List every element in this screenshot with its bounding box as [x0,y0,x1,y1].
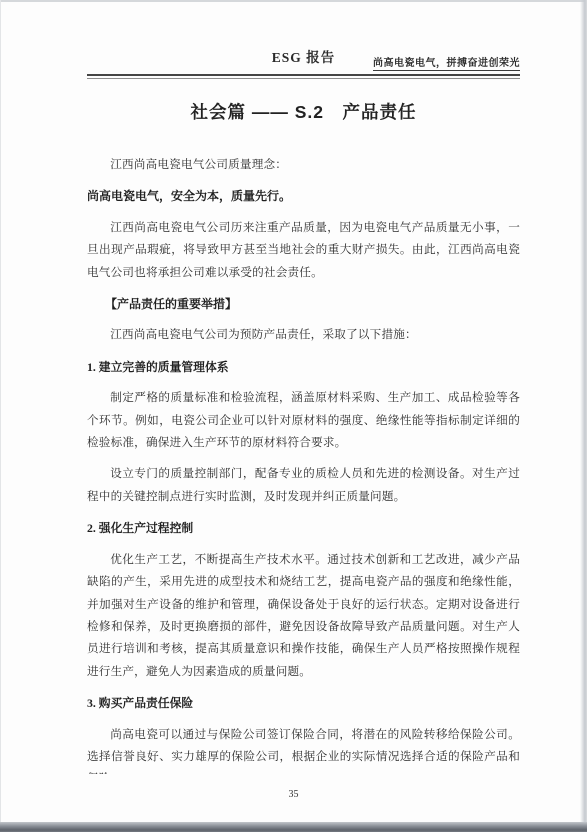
company-tagline: 尚高电瓷电气，拼搏奋进创荣光 [373,54,520,71]
paragraph: 江西尚高电瓷电气公司质量理念： [87,154,520,176]
bracket-heading: 【产品责任的重要举措】 [87,293,520,315]
numbered-heading: 2. 强化生产过程控制 [87,517,520,539]
quality-motto: 尚高电瓷电气，安全为本，质量先行。 [87,185,520,207]
numbered-heading: 1. 建立完善的质量管理体系 [87,356,520,378]
header-rule [87,74,520,79]
paragraph: 江西尚高电瓷电气公司为预防产品责任，采取了以下措施： [87,324,520,346]
paragraph: 尚高电瓷可以通过与保险公司签订保险合同，将潜在的风险转移给保险公司。选择信誉良好… [87,724,520,774]
paragraph: 优化生产工艺，不断提高生产技术水平。通过技术创新和工艺改进，减少产品缺陷的产生，… [87,549,520,683]
page-content: ESG 报告 尚高电瓷电气，拼搏奋进创荣光 社会篇 —— S.2 产品责任 江西… [87,46,520,774]
body-text: 江西尚高电瓷电气公司质量理念： 尚高电瓷电气，安全为本，质量先行。 江西尚高电瓷… [87,154,520,774]
numbered-heading: 3. 购买产品责任保险 [87,692,520,714]
page-number: 35 [0,789,587,800]
paragraph: 制定严格的质量标准和检验流程，涵盖原材料采购、生产加工、成品检验等各个环节。例如… [87,387,520,454]
scan-edge-right [580,0,587,832]
scan-edge-left [0,0,1,832]
scan-edge-bottom [0,822,587,832]
scan-edge-top [0,0,587,2]
page-header: ESG 报告 尚高电瓷电气，拼搏奋进创荣光 [87,46,520,72]
paragraph: 设立专门的质量控制部门，配备专业的质检人员和先进的检测设备。对生产过程中的关键控… [87,463,520,508]
paragraph: 江西尚高电瓷电气公司历来注重产品质量，因为电瓷电气产品质量无小事，一旦出现产品瑕… [87,217,520,284]
section-title: 社会篇 —— S.2 产品责任 [87,99,520,124]
document-page: ESG 报告 尚高电瓷电气，拼搏奋进创荣光 社会篇 —— S.2 产品责任 江西… [0,0,587,832]
